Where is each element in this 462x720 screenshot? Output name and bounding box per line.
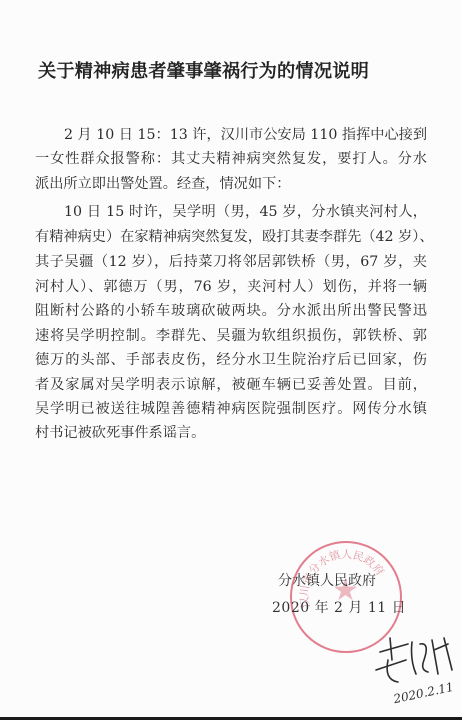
body-line: 德万的头部、手部表皮伤，经分水卫生院治疗后已回家，伤 xyxy=(35,351,427,369)
body-line: 村书记被砍死事件系谣言。 xyxy=(35,424,427,442)
body-line: 一女性群众报警称：其丈夫精神病突然复发，要打人。分水 xyxy=(35,150,427,168)
body-line: 者及家属对吴学明表示谅解，被砸车辆已妥善处置。目前， xyxy=(35,376,427,394)
body-line: 派出所立即出警处置。经查，情况如下： xyxy=(35,175,427,193)
body-line: 10 日 15 时许，吴学明（男，45 岁，分水镇夹河村人， xyxy=(64,203,427,221)
document-page: 关于精神病患者肇事肇祸行为的情况说明 2 月 10 日 15：13 许，汉川市公… xyxy=(0,0,462,717)
body-line: 有精神病史）在家精神病突然复发，殴打其妻李群先（42 岁）、 xyxy=(35,228,427,246)
issuing-organization: 分水镇人民政府 xyxy=(278,570,376,590)
body-line: 其子吴疆（12 岁），后持菜刀将邻居郭铁桥（男，67 岁，夹 xyxy=(35,253,427,271)
issue-date: 2020 年 2 月 11 日 xyxy=(272,597,406,617)
body-line: 吴学明已被送往城隍善德精神病医院强制医疗。网传分水镇 xyxy=(35,400,427,418)
body-line: 速将吴学明控制。李群先、吴疆为软组织损伤，郭铁桥、郭 xyxy=(35,327,427,345)
document-title: 关于精神病患者肇事肇祸行为的情况说明 xyxy=(38,57,438,83)
body-line: 2 月 10 日 15：13 许，汉川市公安局 110 指挥中心接到 xyxy=(64,126,427,144)
body-line: 河村人）、郭德万（男，76 岁，夹河村人）划伤，并将一辆 xyxy=(35,278,427,296)
body-line: 阻断村公路的小轿车玻璃砍破两块。分水派出所出警民警迅 xyxy=(35,302,427,320)
